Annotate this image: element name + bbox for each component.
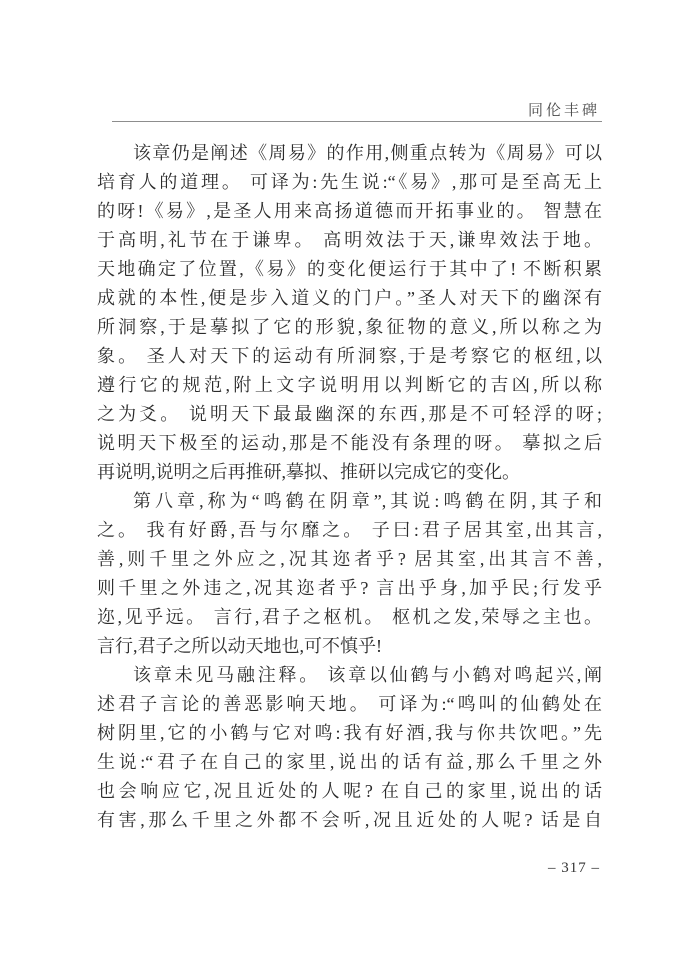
text-line: 成就的本性,便是步入道义的门户。”圣人对天下的幽深有 <box>97 284 602 313</box>
text-line: 再说明,说明之后再推研,摹拟、推研以完成它的变化。 <box>97 458 602 487</box>
text-line: 之。 我有好爵,吾与尔靡之。 子曰:君子居其室,出其言, <box>97 516 602 545</box>
text-line: 遵行它的规范,附上文字说明用以判断它的吉凶,所以称 <box>97 371 602 400</box>
text-line: 所洞察,于是摹拟了它的形貌,象征物的意义,所以称之为 <box>97 313 602 342</box>
text-line: 树阴里,它的小鹤与它对鸣:我有好酒,我与你共饮吧。”先 <box>97 719 602 748</box>
book-page: 同伦丰碑 该章仍是阐述《周易》的作用,侧重点转为《周易》可以培育人的道理。 可译… <box>0 0 692 968</box>
text-line: 迩,见乎远。 言行,君子之枢机。 枢机之发,荣辱之主也。 <box>97 603 602 632</box>
text-line: 有害,那么千里之外都不会听,况且近处的人呢? 话是自 <box>97 806 602 835</box>
text-line: 说明天下极至的运动,那是不能没有条理的呀。 摹拟之后 <box>97 429 602 458</box>
text-line: 培育人的道理。 可译为:先生说:“《易》,那可是至高无上 <box>97 168 602 197</box>
text-line: 该章未见马融注释。 该章以仙鹤与小鹤对鸣起兴,阐 <box>97 661 602 690</box>
text-line: 象。 圣人对天下的运动有所洞察,于是考察它的枢纽,以 <box>97 342 602 371</box>
text-line: 述君子言论的善恶影响天地。 可译为:“鸣叫的仙鹤处在 <box>97 690 602 719</box>
page-number: – 317 – <box>548 860 600 877</box>
text-line: 也会响应它,况且近处的人呢? 在自己的家里,说出的话 <box>97 777 602 806</box>
text-body: 该章仍是阐述《周易》的作用,侧重点转为《周易》可以培育人的道理。 可译为:先生说… <box>97 139 602 835</box>
text-line: 于高明,礼节在于谦卑。 高明效法于天,谦卑效法于地。 <box>97 226 602 255</box>
text-line: 之为爻。 说明天下最最幽深的东西,那是不可轻浮的呀; <box>97 400 602 429</box>
text-line: 该章仍是阐述《周易》的作用,侧重点转为《周易》可以 <box>97 139 602 168</box>
running-header-title: 同伦丰碑 <box>528 99 600 120</box>
header-rule <box>112 121 602 122</box>
text-line: 言行,君子之所以动天地也,可不慎乎! <box>97 632 602 661</box>
text-line: 则千里之外违之,况其迩者乎? 言出乎身,加乎民;行发乎 <box>97 574 602 603</box>
text-line: 善,则千里之外应之,况其迩者乎? 居其室,出其言不善, <box>97 545 602 574</box>
text-line: 第八章,称为“鸣鹤在阴章”,其说:鸣鹤在阴,其子和 <box>97 487 602 516</box>
text-line: 的呀!《易》,是圣人用来高扬道德而开拓事业的。 智慧在 <box>97 197 602 226</box>
text-line: 生说:“君子在自己的家里,说出的话有益,那么千里之外 <box>97 748 602 777</box>
text-line: 天地确定了位置,《易》的变化便运行于其中了! 不断积累 <box>97 255 602 284</box>
